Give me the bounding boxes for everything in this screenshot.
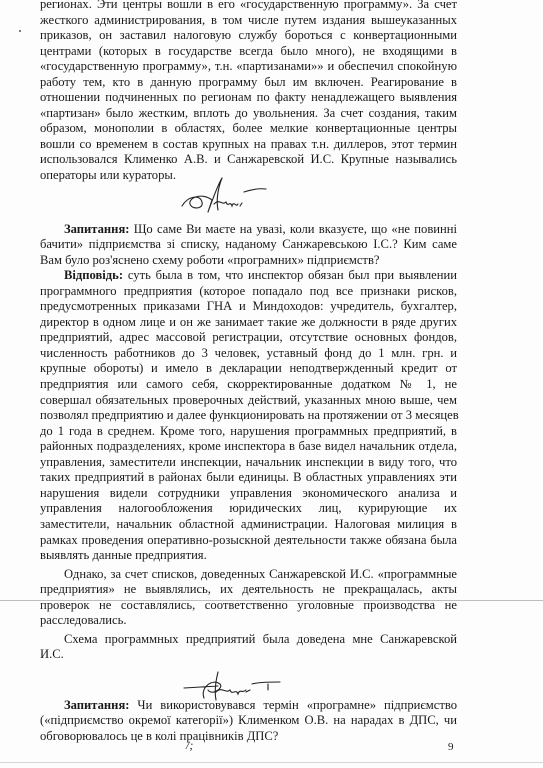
scan-artifact-line (0, 762, 543, 763)
scanned-document-page: регионах. Эти центры вошли в его «госуда… (0, 0, 543, 768)
text-line: программного предприятия (которое попада… (40, 284, 457, 300)
answer-label: Відповідь: (64, 268, 123, 282)
text-line: таких предприятий в районах были единицы… (40, 470, 457, 486)
text-line: отношении подчиненных по регионам по фак… (40, 90, 457, 106)
scan-speck (19, 30, 21, 32)
text-line: («підприємство окремої категорії») Климе… (40, 713, 457, 729)
text-line: управления налогообложения юридических л… (40, 501, 457, 517)
text-line: работу тем, кто в данную программу был и… (40, 75, 457, 91)
handwritten-signature-icon (182, 670, 282, 702)
text-line: «партизан» было жестким, вплоть до уволь… (40, 106, 457, 122)
text-line: центрами (которых в государстве всегда б… (40, 44, 457, 60)
text-line: расследовались. (40, 613, 457, 629)
document-body: регионах. Эти центры вошли в его «госуда… (40, 0, 457, 745)
text-line: приказов, он заставил налоговую службу б… (40, 28, 457, 44)
text-line: рамках проведения оперативно-розыскной д… (40, 533, 457, 549)
handwritten-mark: /; (186, 738, 193, 753)
text-line: регионах. Эти центры вошли в его «госуда… (40, 0, 457, 13)
text-line: заместители, начальник областной админис… (40, 517, 457, 533)
text-line: использовался Клименко А.В. и Санжаревск… (40, 152, 457, 168)
question-label: Запитання: (64, 222, 129, 236)
text-line: «государственную программу», т.н. «парти… (40, 59, 457, 75)
text-line: предусмотренных приказами ГНА и Миндоход… (40, 299, 457, 315)
text-line: предприятия» не выявлялись, их деятельно… (40, 582, 457, 598)
text-line: позволял предприятию и далее функциониро… (40, 408, 457, 424)
scan-artifact-line (0, 600, 543, 601)
text-line: нарушения видели сотрудники управления э… (40, 486, 457, 502)
question-label: Запитання: (64, 698, 129, 712)
answer-line: Відповідь: суть была в том, что инспекто… (40, 268, 457, 284)
handwritten-signature-icon (178, 176, 268, 216)
text-line: выявлять данные предприятия. (40, 548, 457, 564)
text-line: жесткого администрирования, в том числе … (40, 13, 457, 29)
text-line: вошли со временем в состав крупных на пр… (40, 137, 457, 153)
text-line: районных подразделениях, кроме инспектор… (40, 439, 457, 455)
text-line: численность работников до 3 человек, уст… (40, 346, 457, 362)
text-line: до 1 года в среднем. Кроме того, нарушен… (40, 424, 457, 440)
text-line: Схема программных предприятий была довед… (40, 632, 457, 648)
text-line: Вам було роз'яснено схему роботи «програ… (40, 253, 457, 269)
text-line: директор в одном лице и он же занимает т… (40, 315, 457, 331)
text-line: обговорювалось це в колі працівників ДПС… (40, 729, 457, 745)
text-line: Однако, за счет списков, доведенных Санж… (40, 567, 457, 583)
page-number: 9 (448, 741, 454, 753)
text-line: бачити» підприємства зі списку, наданому… (40, 237, 457, 253)
text-line: крупные обороты) и имело в декларации не… (40, 361, 457, 377)
text-line: И.С. (40, 647, 457, 663)
text-line: предприятий, адрес массовой регистрации,… (40, 330, 457, 346)
text-line: совершал обязательных проверочных действ… (40, 393, 457, 409)
question-line: Запитання: Що саме Ви маєте на увазі, ко… (40, 222, 457, 238)
text-line: образом, монополии в областях, более мел… (40, 121, 457, 137)
text-line: предприятия или самого себя, скорректиро… (40, 377, 457, 393)
text-line: управления, заместители инспекции, начал… (40, 455, 457, 471)
